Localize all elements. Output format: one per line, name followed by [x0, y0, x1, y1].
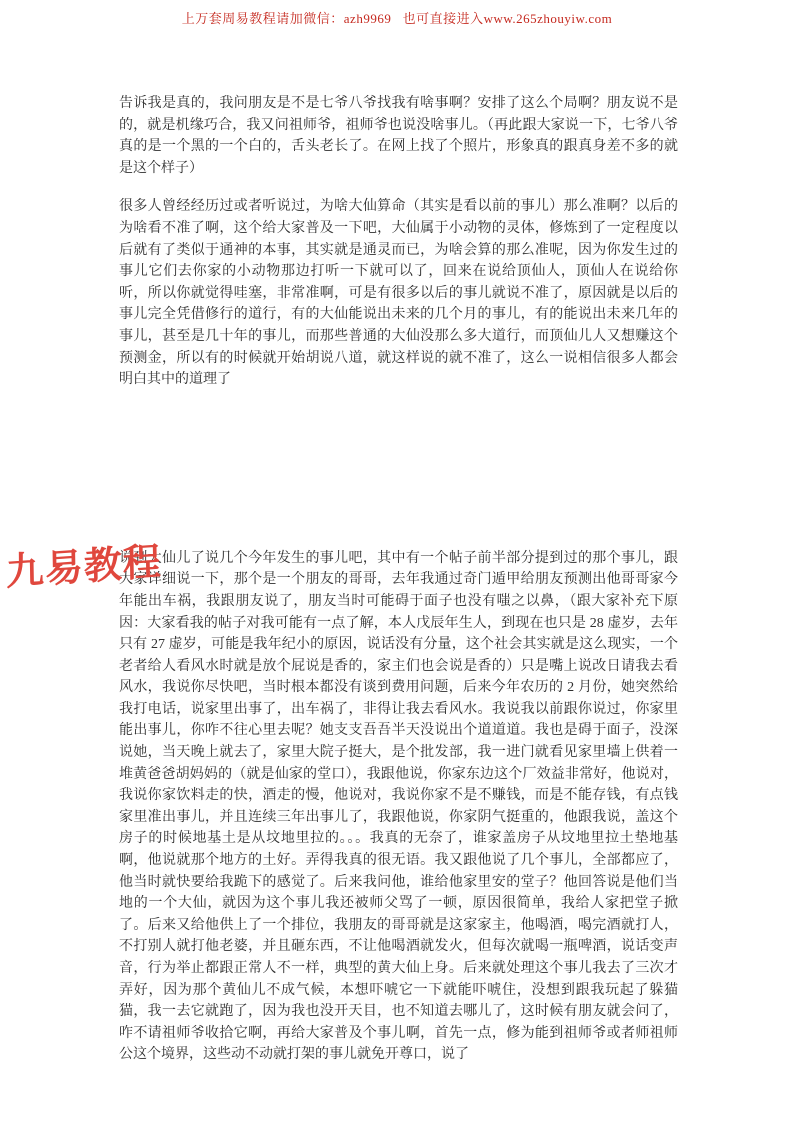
- paragraph-3: 说到大仙儿了说几个今年发生的事儿吧，其中有一个帖子前半部分提到过的那个事儿，跟大…: [119, 548, 678, 1066]
- watermark: 九易教程: [6, 530, 163, 596]
- paragraph-1: 告诉我是真的，我问朋友是不是七爷八爷找我有啥事啊？安排了这么个局啊？朋友说不是的…: [119, 93, 678, 179]
- document-body: 告诉我是真的，我问朋友是不是七爷八爷找我有啥事啊？安排了这么个局啊？朋友说不是的…: [119, 93, 678, 1066]
- header-promo-note: 上万套周易教程请加微信：azh9969 也可直接进入www.265zhouyiw…: [0, 8, 794, 27]
- paragraph-2: 很多人曾经经历过或者听说过，为啥大仙算命（其实是看以前的事儿）那么准啊？以后的为…: [119, 196, 678, 390]
